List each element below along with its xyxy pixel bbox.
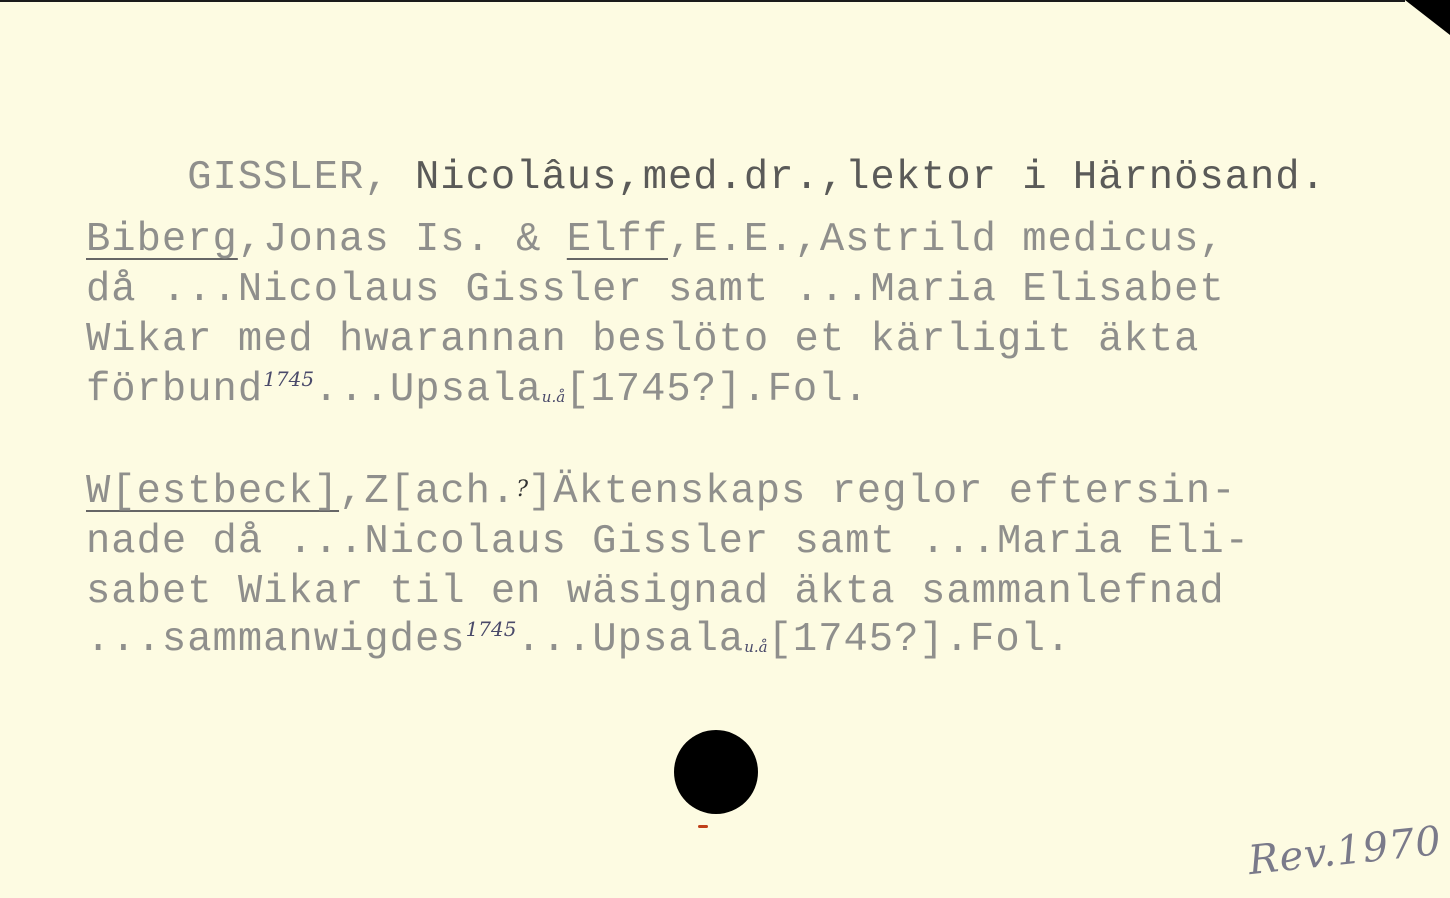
author-biberg: Biberg bbox=[86, 217, 238, 263]
handwritten-question-mark: ? bbox=[516, 477, 528, 502]
ink-mark bbox=[698, 825, 708, 828]
heading-rest: Nicolâus,med.dr.,lektor i Härnösand. bbox=[390, 155, 1326, 201]
entry-1-line-1: Biberg,Jonas Is. & Elff,E.E.,Astrild med… bbox=[86, 220, 1225, 261]
entry-1-line-2: då ...Nicolaus Gissler samt ...Maria Eli… bbox=[86, 270, 1225, 311]
author-elff: Elff bbox=[567, 217, 668, 263]
revision-signature: Rev.1970 bbox=[1246, 818, 1444, 884]
handwritten-ua-annotation: u.å bbox=[744, 638, 767, 656]
entry-2-line-1: W[estbeck],Z[ach.?]Äktenskaps reglor eft… bbox=[86, 472, 1237, 513]
handwritten-ua-annotation: u.å bbox=[542, 388, 565, 406]
entry-1-line-3: Wikar med hwarannan beslöto et kärligit … bbox=[86, 320, 1199, 361]
entry-2-line-3: sabet Wikar til en wäsignad äkta sammanl… bbox=[86, 572, 1225, 613]
heading-name: GISSLER, bbox=[187, 155, 389, 201]
entry-2-line-4: ...sammanwigdes1745...Upsalau.å[1745?].F… bbox=[86, 620, 1071, 661]
catalog-card: GISSLER, Nicolâus,med.dr.,lektor i Härnö… bbox=[0, 0, 1450, 898]
handwritten-year-annotation: 1745 bbox=[466, 617, 517, 641]
handwritten-year-annotation: 1745 bbox=[263, 367, 314, 391]
author-westbeck: W[estbeck] bbox=[86, 469, 339, 515]
entry-2-line-2: nade då ...Nicolaus Gissler samt ...Mari… bbox=[86, 522, 1250, 563]
card-top-edge bbox=[0, 0, 1405, 2]
entry-1-line-4: förbund1745...Upsalau.å[1745?].Fol. bbox=[86, 370, 869, 411]
punch-hole bbox=[674, 730, 758, 814]
